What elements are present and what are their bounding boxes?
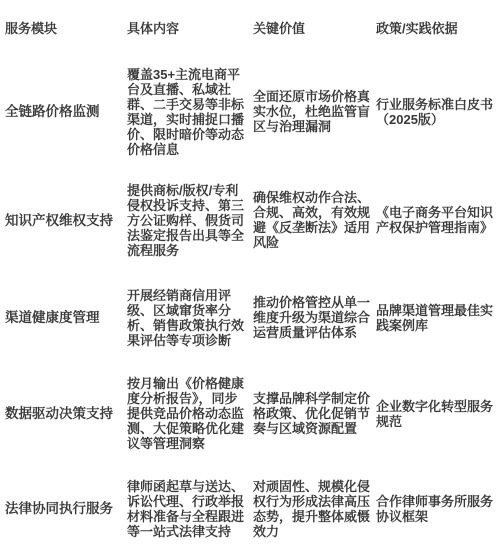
content-cell: 覆盖35+主流电商平台及直播、私域社群、二手交易等非标渠道，实时捕捉口播价、限时… [125, 67, 250, 157]
content-cell: 按月输出《价格健康度分析报告》，同步提供竞品价格动态监测、大促策略优化建议等管理… [125, 376, 250, 451]
basis-cell: 《电子商务平台知识产权保护管理指南》 [373, 205, 500, 235]
service-module-table: 服务模块 具体内容 关键价值 政策/实践依据 全链路价格监测 覆盖35+主流电商… [0, 0, 500, 552]
value-cell: 推动价格管控从单一维度升级为渠道综合运营质量评估体系 [250, 295, 373, 340]
content-text: 按月输出《价格健康度分析报告》，同步提供竞品价格动态监测、大促策略优化建议等管理… [127, 376, 245, 451]
basis-text: 合作律师事务所服务协议框架 [376, 494, 496, 524]
value-text: 全面还原市场价格真实水位，杜绝监管盲区与治理漏洞 [253, 89, 371, 134]
content-cell: 开展经销商信用评级、区域窜货率分析、销售政策执行效果评估等专项诊断 [125, 288, 250, 348]
basis-text: 《电子商务平台知识产权保护管理指南》 [376, 205, 496, 235]
module-text: 全链路价格监测 [5, 104, 121, 119]
basis-cell: 合作律师事务所服务协议框架 [373, 494, 500, 524]
table-row: 渠道健康度管理 开展经销商信用评级、区域窜货率分析、销售政策执行效果评估等专项诊… [0, 273, 500, 362]
table-header-row: 服务模块 具体内容 关键价值 政策/实践依据 [0, 0, 500, 56]
basis-text: 企业数字化转型服务规范 [376, 399, 496, 429]
header-policy-basis: 政策/实践依据 [373, 21, 500, 36]
basis-text: 品牌渠道管理最佳实践案例库 [376, 303, 496, 333]
module-cell: 数据驱动决策支持 [0, 406, 125, 421]
table-row: 全链路价格监测 覆盖35+主流电商平台及直播、私域社群、二手交易等非标渠道，实时… [0, 56, 500, 167]
basis-cell: 行业服务标准白皮书（2025版） [373, 97, 500, 127]
value-cell: 全面还原市场价格真实水位，杜绝监管盲区与治理漏洞 [250, 89, 373, 134]
table-row: 知识产权维权支持 提供商标/版权/专利侵权投诉支持、第三方公证购样、假货司法鉴定… [0, 167, 500, 273]
module-cell: 法律协同执行服务 [0, 501, 125, 516]
value-cell: 对顽固性、规模化侵权行为形成法律高压态势，提升整体威慑效力 [250, 479, 373, 539]
module-text: 法律协同执行服务 [5, 501, 121, 516]
module-text: 渠道健康度管理 [5, 310, 121, 325]
basis-cell: 企业数字化转型服务规范 [373, 399, 500, 429]
header-service-module: 服务模块 [0, 21, 125, 36]
header-key-value: 关键价值 [250, 21, 373, 36]
value-text: 支撑品牌科学制定价格政策、优化促销节奏与区域资源配置 [253, 391, 371, 436]
header-specific-content: 具体内容 [125, 21, 250, 36]
basis-cell: 品牌渠道管理最佳实践案例库 [373, 303, 500, 333]
table-row: 数据驱动决策支持 按月输出《价格健康度分析报告》，同步提供竞品价格动态监测、大促… [0, 362, 500, 465]
value-cell: 确保维权动作合法、合规、高效，有效规避《反垄断法》适用风险 [250, 190, 373, 250]
content-cell: 律师函起草与送达、诉讼代理、行政举报材料准备与全程跟进等一站式法律支持 [125, 479, 250, 539]
header-service-module-label: 服务模块 [5, 21, 121, 36]
content-text: 律师函起草与送达、诉讼代理、行政举报材料准备与全程跟进等一站式法律支持 [127, 479, 245, 539]
module-cell: 知识产权维权支持 [0, 213, 125, 228]
value-text: 推动价格管控从单一维度升级为渠道综合运营质量评估体系 [253, 295, 371, 340]
module-cell: 渠道健康度管理 [0, 310, 125, 325]
content-cell: 提供商标/版权/专利侵权投诉支持、第三方公证购样、假货司法鉴定报告出具等全流程服… [125, 183, 250, 258]
value-cell: 支撑品牌科学制定价格政策、优化促销节奏与区域资源配置 [250, 391, 373, 436]
module-text: 知识产权维权支持 [5, 213, 121, 228]
header-specific-content-label: 具体内容 [127, 21, 245, 36]
value-text: 对顽固性、规模化侵权行为形成法律高压态势，提升整体威慑效力 [253, 479, 371, 539]
content-text: 开展经销商信用评级、区域窜货率分析、销售政策执行效果评估等专项诊断 [127, 288, 245, 348]
header-policy-basis-label: 政策/实践依据 [376, 21, 496, 36]
table-row: 法律协同执行服务 律师函起草与送达、诉讼代理、行政举报材料准备与全程跟进等一站式… [0, 465, 500, 552]
module-text: 数据驱动决策支持 [5, 406, 121, 421]
value-text: 确保维权动作合法、合规、高效，有效规避《反垄断法》适用风险 [253, 190, 371, 250]
basis-text: 行业服务标准白皮书（2025版） [376, 97, 496, 127]
header-key-value-label: 关键价值 [253, 21, 371, 36]
content-text: 提供商标/版权/专利侵权投诉支持、第三方公证购样、假货司法鉴定报告出具等全流程服… [127, 183, 245, 258]
module-cell: 全链路价格监测 [0, 104, 125, 119]
content-text: 覆盖35+主流电商平台及直播、私域社群、二手交易等非标渠道，实时捕捉口播价、限时… [127, 67, 245, 157]
